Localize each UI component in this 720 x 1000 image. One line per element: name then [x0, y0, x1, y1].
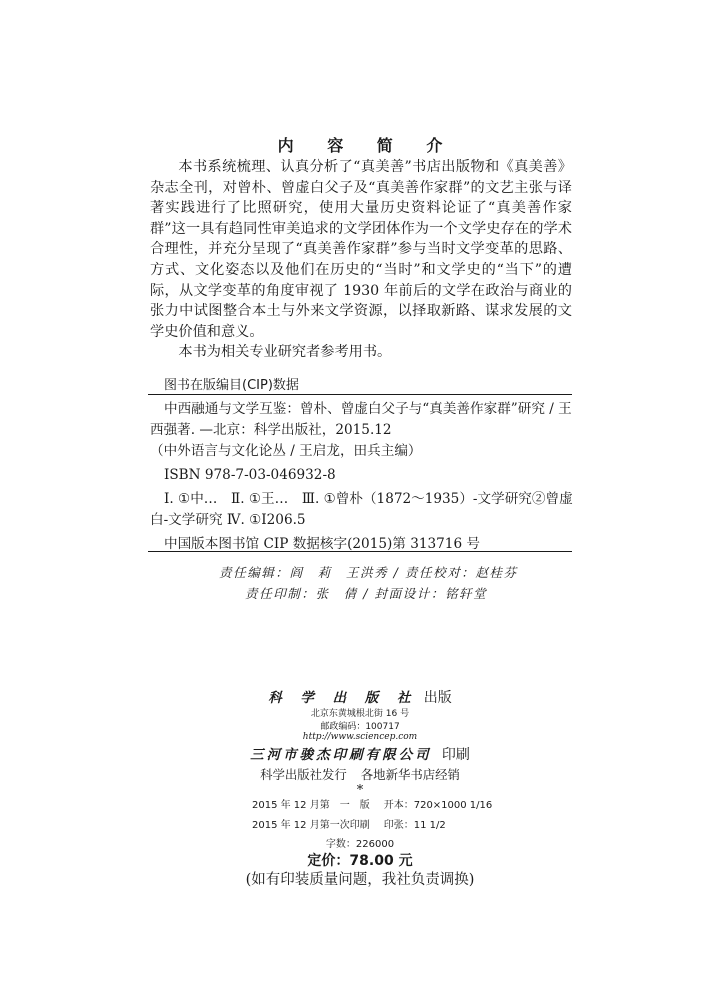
- printer-line: 三河市骏杰印刷有限公司 印刷: [0, 743, 720, 764]
- retailer: 各地新华书店经销: [361, 767, 460, 782]
- distribution-line: 科学出版社发行各地新华书店经销: [0, 765, 720, 783]
- print-date: 2015 年 12 月第一次印刷: [252, 820, 370, 831]
- distributor: 科学出版社发行: [260, 767, 347, 782]
- cip-title-line: 西强著. —北京：科学出版社，2015.12: [150, 420, 572, 441]
- publisher-address: 北京东黄城根北街 16 号: [0, 706, 720, 719]
- printer-role: 印刷: [442, 747, 470, 763]
- edition-date: 2015 年 12 月第 一 版: [252, 800, 370, 811]
- printed-sheets: 印张：11 1/2: [384, 820, 446, 831]
- cip-series: （中外语言与文化论丛 / 王启龙，田兵主编）: [150, 441, 572, 462]
- publisher-name: 科 学 出 版 社: [268, 690, 417, 706]
- publisher-line: 科 学 出 版 社 出版: [0, 686, 720, 707]
- publisher-url: http://www.sciencep.com: [0, 732, 720, 742]
- edition-line: 2015 年 12 月第 一 版开本：720×1000 1/16: [252, 796, 492, 811]
- cip-title-line: 中西融通与文学互鉴：曾朴、曾虚白父子与“真美善作家群”研究 / 王: [150, 399, 572, 420]
- cip-classification-line: 白-文学研究 Ⅳ. ①I206.5: [150, 510, 572, 531]
- publisher-postcode: 邮政编码：100717: [0, 719, 720, 732]
- staff-editors: 责任编辑：阎 莉 王洪秀 / 责任校对：赵桂芬: [219, 562, 720, 581]
- cip-heading: 图书在版编目(CIP)数据: [164, 374, 299, 393]
- cip-top-divider: [148, 394, 572, 395]
- summary-paragraph: 本书为相关专业研究者参考用书。: [150, 342, 572, 363]
- summary-title: 内 容 简 介: [0, 133, 720, 156]
- book-format: 开本：720×1000 1/16: [384, 800, 493, 811]
- staff-production: 责任印制：张 倩 / 封面设计：铭轩堂: [245, 583, 720, 602]
- summary-body: 本书系统梳理、认真分析了“真美善”书店出版物和《真美善》杂志全刊，对曾朴、曾虚白…: [150, 157, 572, 363]
- summary-paragraph: 本书系统梳理、认真分析了“真美善”书店出版物和《真美善》杂志全刊，对曾朴、曾虚白…: [150, 157, 572, 342]
- publisher-role: 出版: [424, 690, 452, 706]
- printing-line: 2015 年 12 月第一次印刷印张：11 1/2: [252, 816, 446, 831]
- copyright-page: 内 容 简 介 本书系统梳理、认真分析了“真美善”书店出版物和《真美善》杂志全刊…: [0, 0, 720, 1000]
- cip-isbn: ISBN 978-7-03-046932-8: [150, 465, 572, 486]
- cip-classification-line: Ⅰ. ①中… Ⅱ. ①王… Ⅲ. ①曾朴（1872～1935）-文学研究②曾虚: [150, 489, 572, 510]
- word-count: 字数：226000: [0, 835, 720, 850]
- cip-record: 中西融通与文学互鉴：曾朴、曾虚白父子与“真美善作家群”研究 / 王 西强著. —…: [150, 399, 572, 555]
- quality-notice: (如有印装质量问题，我社负责调换): [0, 868, 720, 889]
- price: 定价：78.00 元: [0, 850, 720, 870]
- printer-name: 三河市骏杰印刷有限公司: [250, 747, 432, 763]
- cip-bottom-divider: [148, 551, 572, 552]
